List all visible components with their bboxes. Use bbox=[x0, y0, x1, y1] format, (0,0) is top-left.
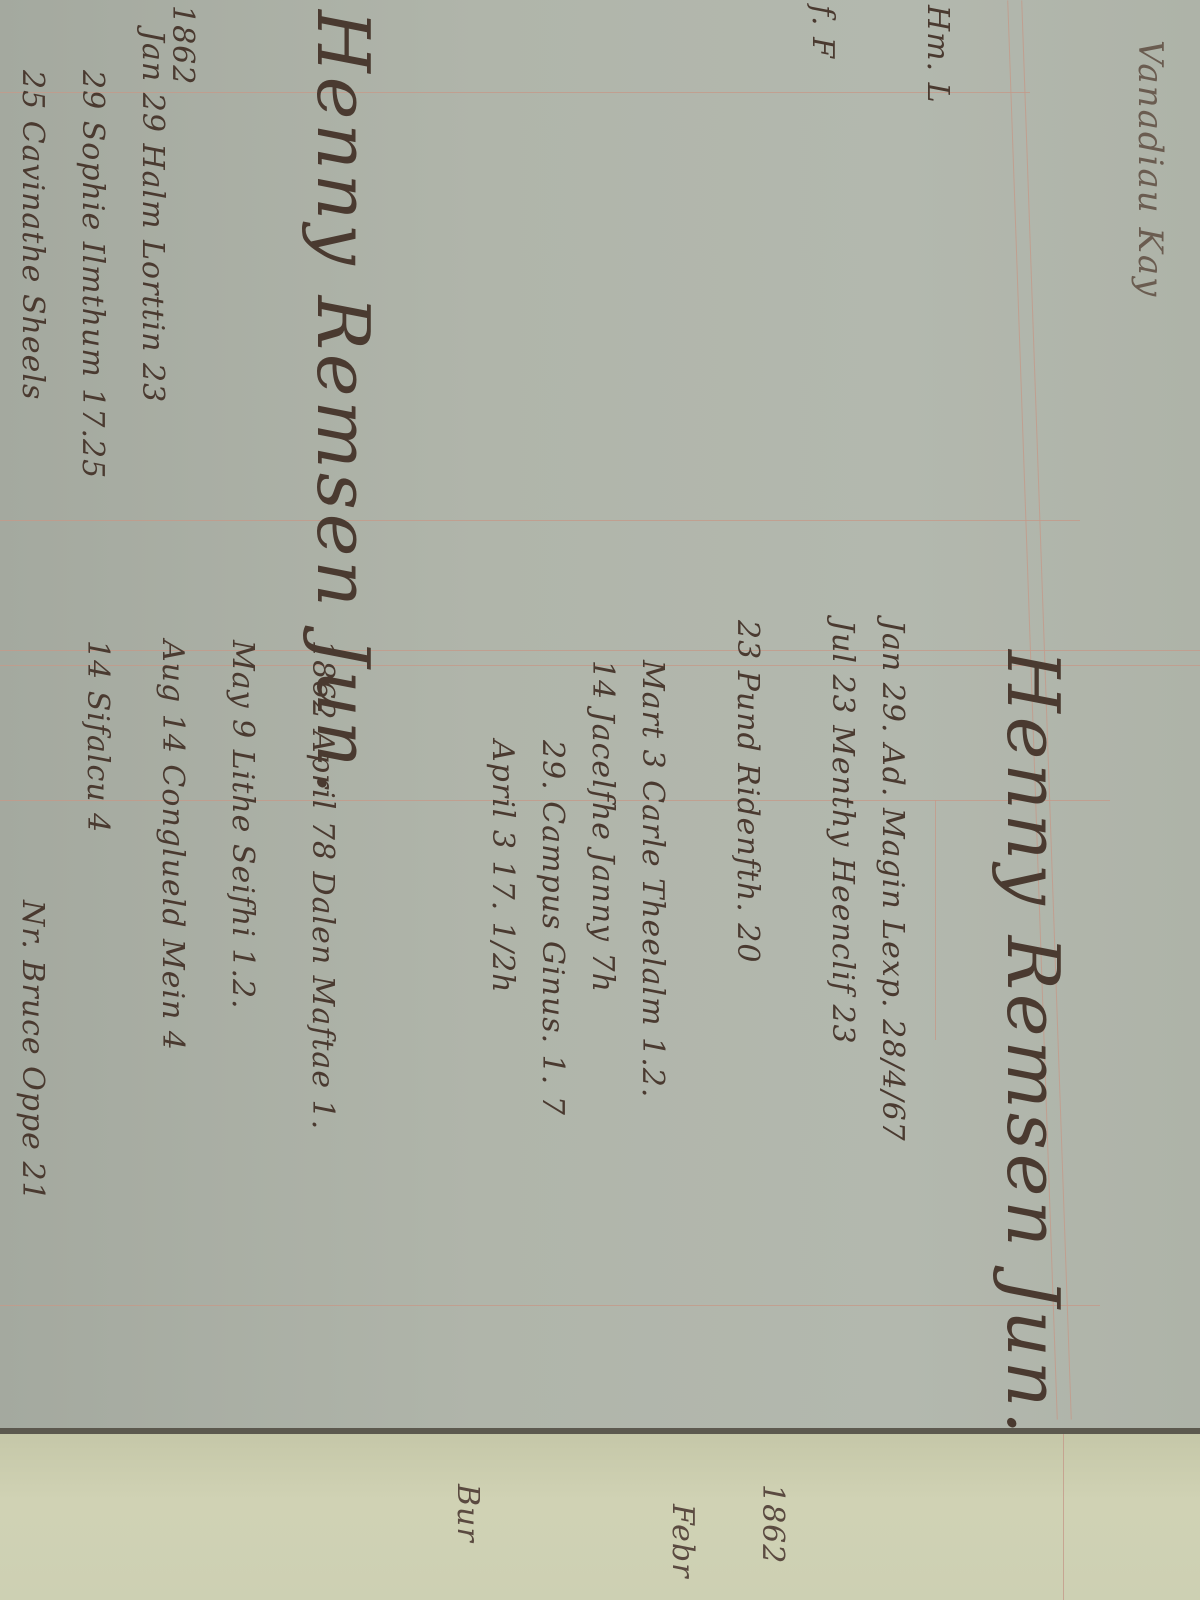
lower-fragment: 1862 bbox=[755, 1484, 790, 1564]
ledger-page: Vanadiau Kay Hm. L f. F Henny Remsen Jun… bbox=[0, 0, 1200, 1430]
entry-line: 1862 April 78 Dalen Maftae 1. bbox=[305, 640, 340, 1130]
fragment-line: Jan 29 Halm Lorttin 23 bbox=[135, 30, 170, 403]
lower-fragment: Febr bbox=[665, 1504, 700, 1578]
entry-line: 29. Campus Ginus. 1. 7 bbox=[535, 740, 570, 1116]
entry-line: May 9 Lithe Seifhi 1.2. bbox=[225, 640, 260, 1010]
ruling-line bbox=[0, 520, 1080, 521]
fragment-line: 25 Cavinathe Sheels bbox=[15, 70, 50, 400]
column-line bbox=[935, 800, 936, 1040]
header-title: Vanadiau Kay bbox=[1130, 40, 1170, 298]
lower-page: Bur 1862 Febr bbox=[0, 1434, 1200, 1600]
lower-fragment: Bur bbox=[450, 1484, 485, 1543]
entry-right-name: Henny Remsen Jun. bbox=[991, 650, 1075, 1438]
ruling-line bbox=[0, 1305, 1100, 1306]
entry-line: Aug 14 Conglueld Mein 4 bbox=[155, 640, 190, 1051]
entry-line: April 3 17. 1/2h bbox=[485, 740, 520, 993]
entry-line: Jan 29. Ad. Magin Lexp. 28/4/67 bbox=[875, 620, 910, 1142]
top-fragment: Hm. L bbox=[920, 5, 955, 104]
fragment-line: Nr. Bruce Oppe 21 bbox=[15, 900, 50, 1202]
fragment-line: 1862 bbox=[165, 5, 200, 85]
entry-line: Mart 3 Carle Theelalm 1.2. bbox=[635, 660, 670, 1098]
entry-line: 14 Sifalcu 4 bbox=[80, 640, 115, 833]
entry-line: 14 Jacelfhe Janny 7h bbox=[585, 660, 620, 993]
top-fragment: f. F bbox=[805, 5, 840, 59]
entry-line: 23 Pund Ridenfth. 20 bbox=[730, 620, 765, 963]
margin-line bbox=[1063, 1434, 1064, 1600]
entry-line: Jul 23 Menthy Heenclif 23 bbox=[825, 620, 860, 1045]
fragment-line: 29 Sophie Ilmthum 17.25 bbox=[75, 70, 110, 479]
